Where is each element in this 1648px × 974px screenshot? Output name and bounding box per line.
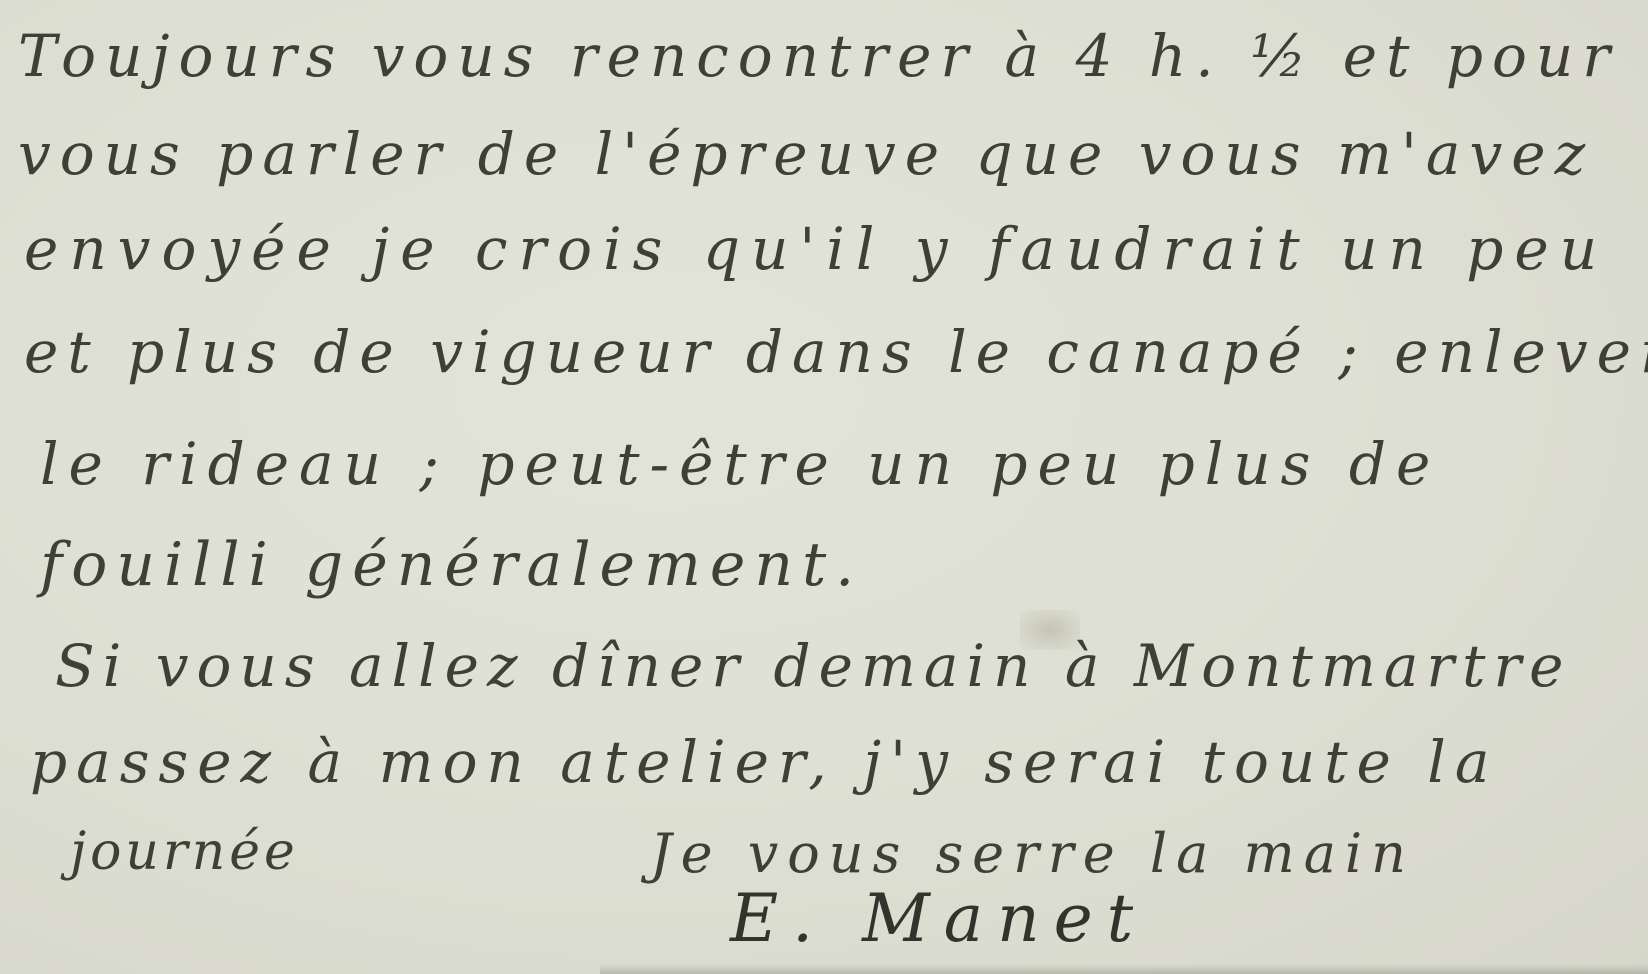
letter-closing: Je vous serre la main [650,822,1415,885]
signature: E. Manet [730,880,1147,957]
letter-line-3: envoyée je crois qu'il y faudrait un peu [24,215,1608,283]
letter-line-4: et plus de vigueur dans le canapé ; enle… [24,318,1648,386]
letter-line-9: journée [70,822,299,882]
letter-line-6: fouilli généralement. [40,530,863,600]
letter-page: Toujours vous rencontrer à 4 h. ½ et pou… [0,0,1648,974]
letter-line-1: Toujours vous rencontrer à 4 h. ½ et pou… [18,22,1619,90]
letter-line-7: Si vous allez dîner demain à Montmartre [55,632,1572,700]
letter-line-5: le rideau ; peut-être un peu plus de [40,430,1440,498]
letter-line-2: vous parler de l'épreuve que vous m'avez [18,120,1594,188]
letter-line-8: passez à mon atelier, j'y serai toute la [30,728,1498,796]
